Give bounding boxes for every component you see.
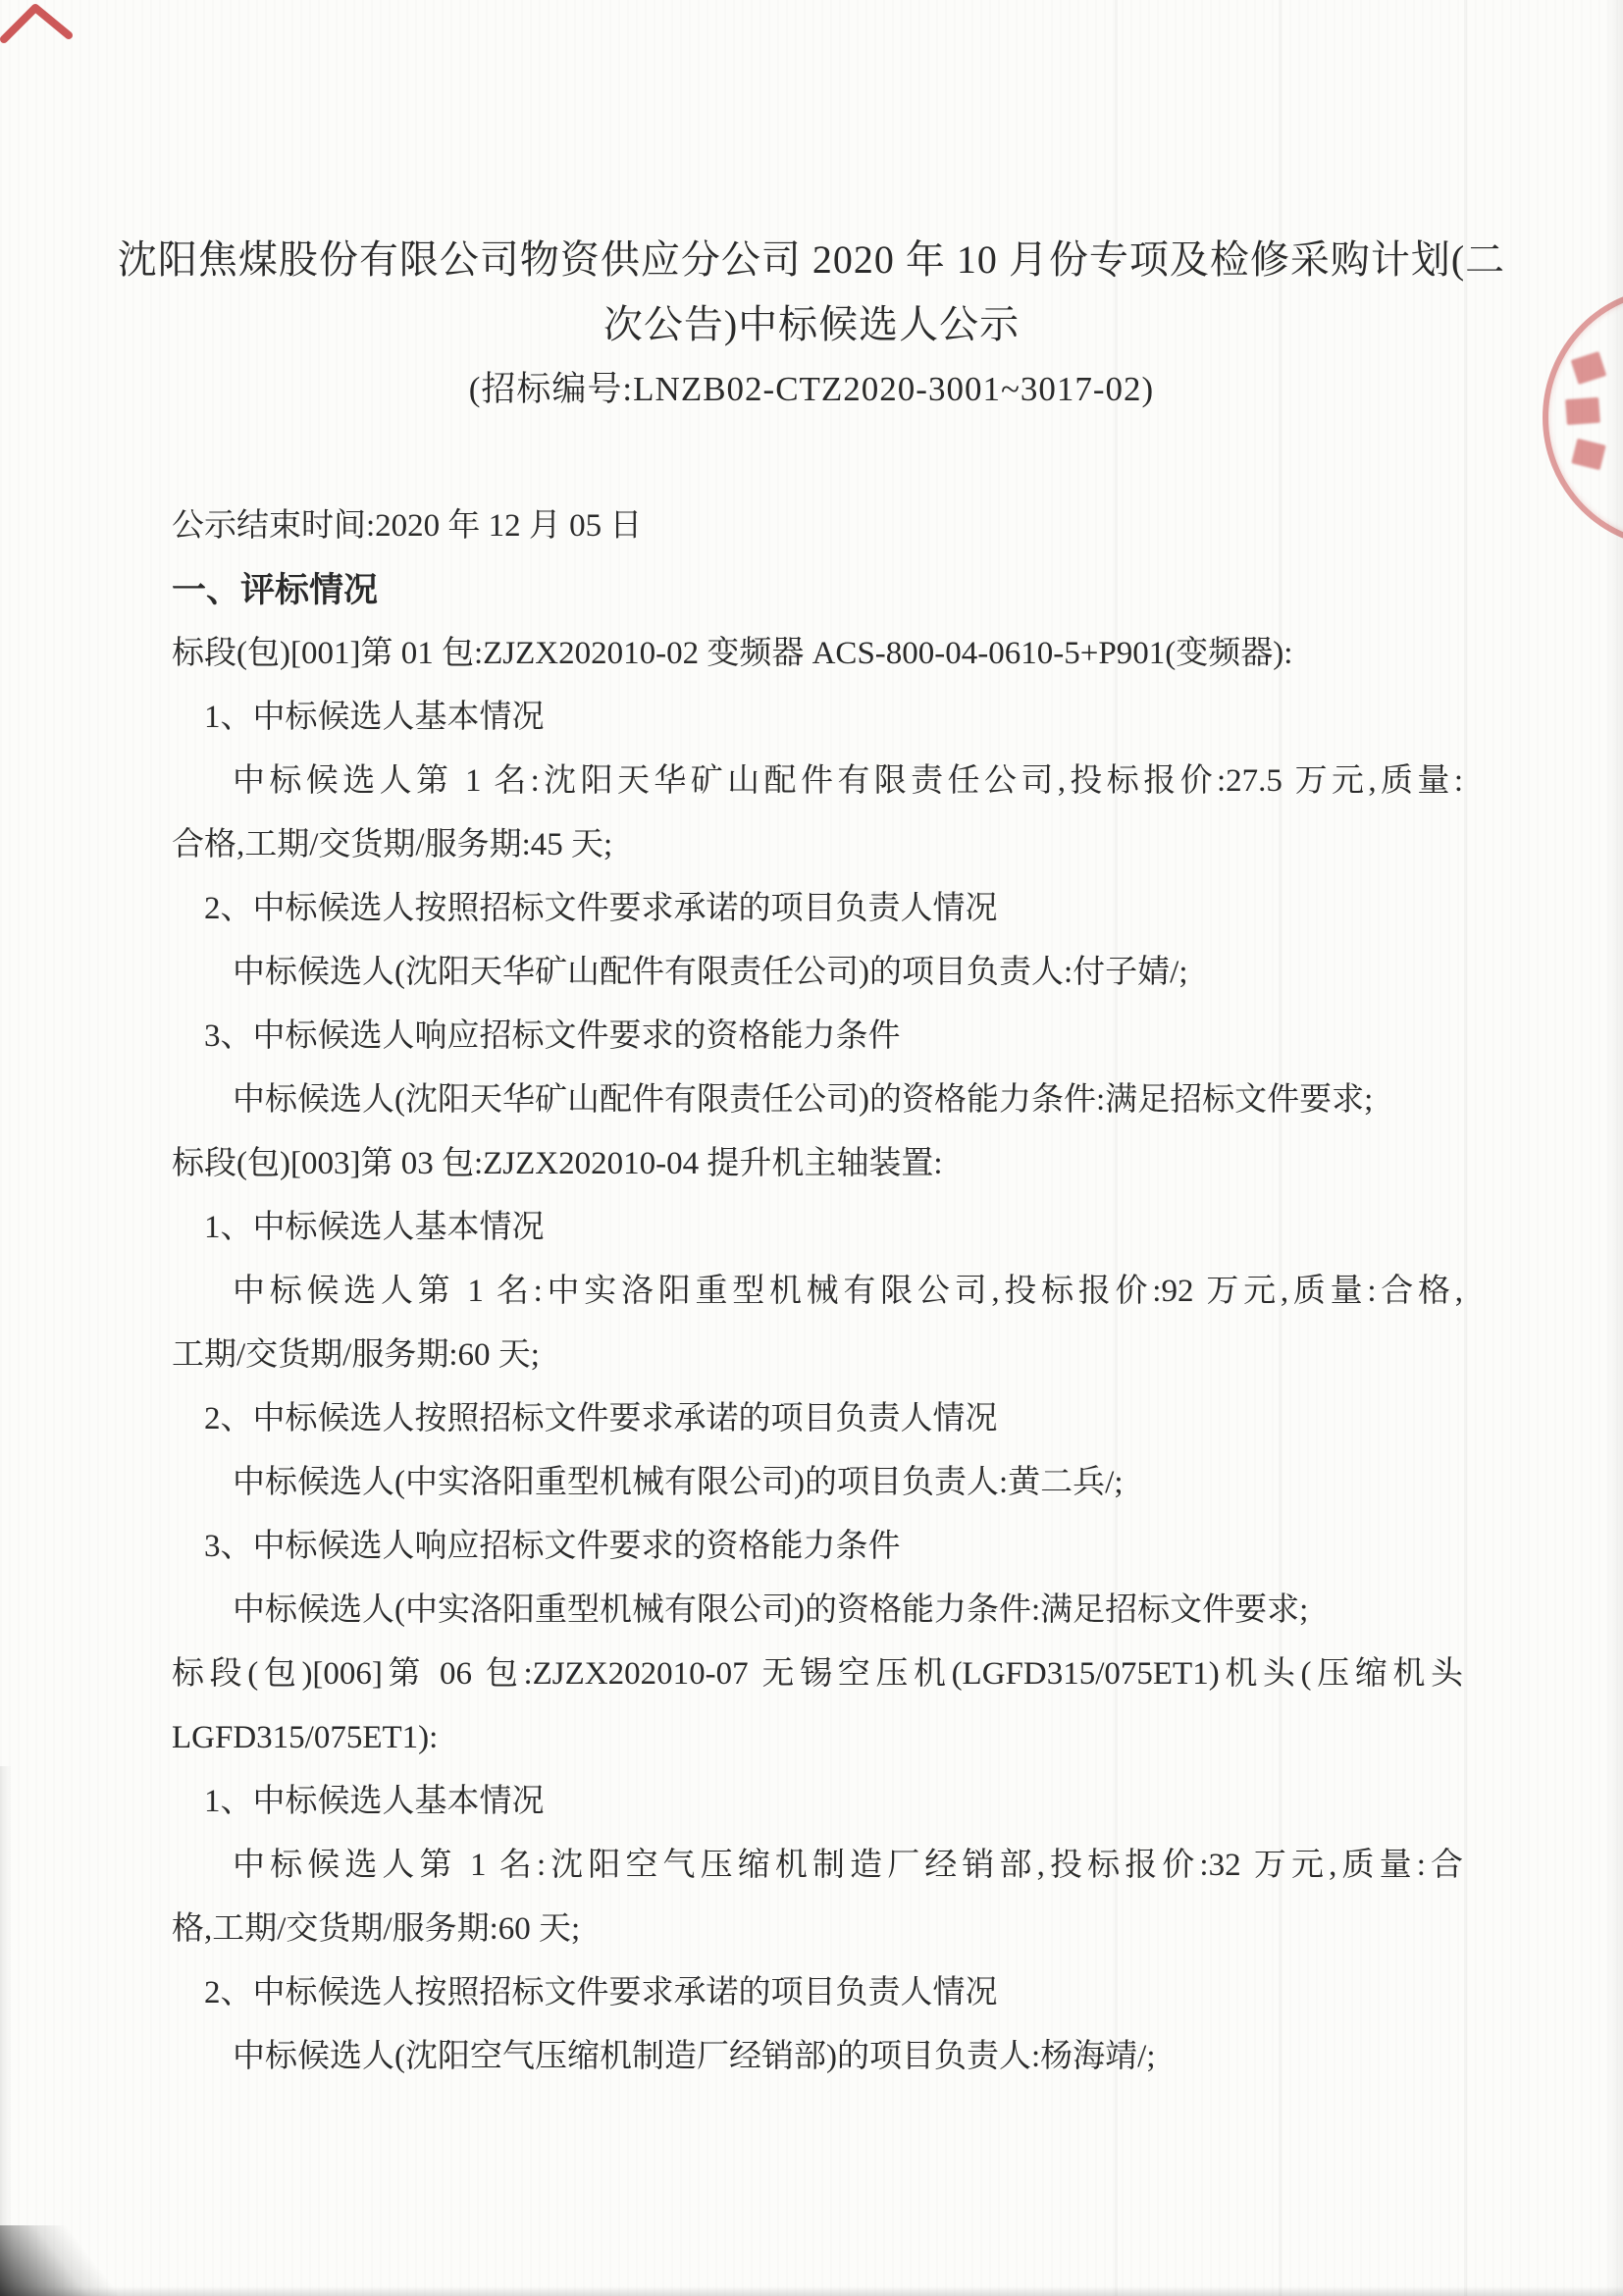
publicity-end-time: 公示结束时间:2020 年 12 月 05 日 <box>172 495 1463 558</box>
lot-003-item-3-heading: 3、中标候选人响应招标文件要求的资格能力条件 <box>172 1515 1463 1579</box>
lot-003-item-2-heading: 2、中标候选人按照招标文件要求承诺的项目负责人情况 <box>172 1387 1463 1451</box>
lot-006-item-1-heading: 1、中标候选人基本情况 <box>172 1770 1463 1834</box>
title-line-2: 次公告)中标候选人公示 <box>88 292 1535 357</box>
lot-001-project-manager-line: 中标候选人(沈阳天华矿山配件有限责任公司)的项目负责人:付子婧/; <box>172 941 1463 1005</box>
lot-001-candidate-line-2: 合格,工期/交货期/服务期:45 天; <box>172 813 1463 877</box>
lot-001-item-2-heading: 2、中标候选人按照招标文件要求承诺的项目负责人情况 <box>172 877 1463 941</box>
lot-006-candidate-line-1: 中标候选人第 1 名:沈阳空气压缩机制造厂经销部,投标报价:32 万元,质量:合 <box>172 1834 1463 1898</box>
lot-001-qualification-line: 中标候选人(沈阳天华矿山配件有限责任公司)的资格能力条件:满足招标文件要求; <box>172 1069 1463 1132</box>
page-corner-shadow <box>0 2225 118 2296</box>
tender-number: (招标编号:LNZB02-CTZ2020-3001~3017-02) <box>88 357 1535 422</box>
title-line-1: 沈阳焦煤股份有限公司物资供应分公司 2020 年 10 月份专项及检修采购计划(… <box>88 228 1535 292</box>
lot-006-candidate-line-2: 格,工期/交货期/服务期:60 天; <box>172 1898 1463 1961</box>
lot-003-project-manager-line: 中标候选人(中实洛阳重型机械有限公司)的项目负责人:黄二兵/; <box>172 1451 1463 1515</box>
red-seal-glyph-mark <box>1565 397 1600 425</box>
lot-003-item-1-heading: 1、中标候选人基本情况 <box>172 1196 1463 1260</box>
lot-006-heading-line-1: 标段(包)[006]第 06 包:ZJZX202010-07 无锡空压机(LGF… <box>172 1643 1463 1706</box>
scan-edge-shadow <box>0 1766 12 2296</box>
lot-003-candidate-line-1: 中标候选人第 1 名:中实洛阳重型机械有限公司,投标报价:92 万元,质量:合格… <box>172 1260 1463 1324</box>
document-title: 沈阳焦煤股份有限公司物资供应分公司 2020 年 10 月份专项及检修采购计划(… <box>88 228 1535 422</box>
lot-006-project-manager-line: 中标候选人(沈阳空气压缩机制造厂经销部)的项目负责人:杨海靖/; <box>172 2025 1463 2089</box>
scanned-document-page: 沈阳焦煤股份有限公司物资供应分公司 2020 年 10 月份专项及检修采购计划(… <box>0 0 1623 2296</box>
lot-003-heading: 标段(包)[003]第 03 包:ZJZX202010-04 提升机主轴装置: <box>172 1132 1463 1196</box>
lot-003-candidate-line-2: 工期/交货期/服务期:60 天; <box>172 1324 1463 1387</box>
section-heading-evaluation: 一、评标情况 <box>172 558 1463 622</box>
lot-006-item-2-heading: 2、中标候选人按照招标文件要求承诺的项目负责人情况 <box>172 1961 1463 2025</box>
document-body: 公示结束时间:2020 年 12 月 05 日 一、评标情况 标段(包)[001… <box>172 495 1463 2089</box>
lot-001-item-1-heading: 1、中标候选人基本情况 <box>172 686 1463 750</box>
scan-edge-shadow <box>0 2286 1623 2296</box>
lot-001-heading: 标段(包)[001]第 01 包:ZJZX202010-02 变频器 ACS-8… <box>172 622 1463 686</box>
scan-edge-shadow <box>1605 0 1623 2296</box>
lot-001-candidate-line-1: 中标候选人第 1 名:沈阳天华矿山配件有限责任公司,投标报价:27.5 万元,质… <box>172 750 1463 813</box>
lot-003-qualification-line: 中标候选人(中实洛阳重型机械有限公司)的资格能力条件:满足招标文件要求; <box>172 1579 1463 1643</box>
red-corner-mark-icon <box>0 0 93 47</box>
lot-001-item-3-heading: 3、中标候选人响应招标文件要求的资格能力条件 <box>172 1005 1463 1069</box>
lot-006-heading-line-2: LGFD315/075ET1): <box>172 1706 1463 1770</box>
